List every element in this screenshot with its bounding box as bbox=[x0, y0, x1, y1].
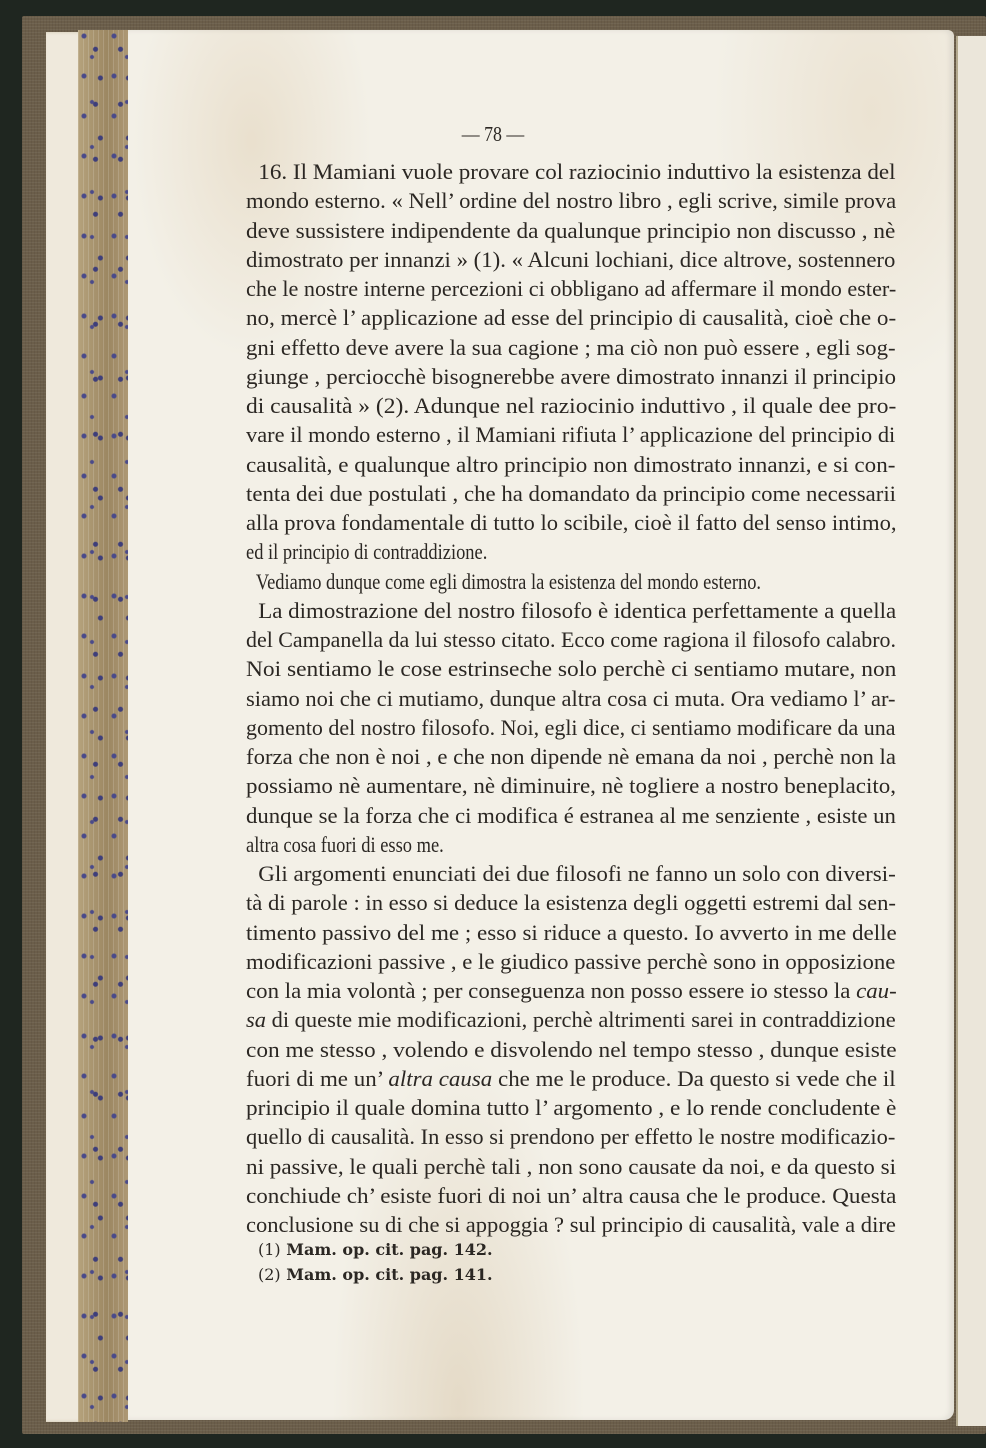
text-line: alla prova fondamentale di tutto lo scib… bbox=[246, 508, 896, 537]
text-line: forza che non è noi , e che non dipende … bbox=[246, 742, 896, 771]
text-line: timento passivo del me ; esso si riduce … bbox=[246, 918, 896, 947]
text-line: vare il mondo esterno , il Mamiani rifiu… bbox=[246, 420, 896, 449]
text-line: Vediamo dunque come egli dimostra la esi… bbox=[246, 567, 771, 596]
text-line: altra cosa fuori di esso me. bbox=[246, 830, 444, 859]
body-text: 16. Il Mamiani vuole provare col razioci… bbox=[246, 157, 896, 1239]
text-line: Gli argomenti enunciati dei due filosofi… bbox=[246, 859, 909, 888]
text-line: con la mia volontà ; per conseguenza non… bbox=[246, 976, 896, 1005]
text-line: no, mercè l’ applicazione ad esse del pr… bbox=[246, 303, 896, 332]
text-line: che le nostre interne percezioni ci obbl… bbox=[246, 274, 896, 303]
italic-text: cau- bbox=[856, 978, 897, 1003]
text-line: causalità, e qualunque altro principio n… bbox=[246, 450, 896, 479]
text-line: ed il principio di contraddizione. bbox=[246, 537, 487, 566]
footnote-2: (2) Mam. op. cit. pag. 141. bbox=[258, 1262, 493, 1287]
text-line: sa di queste mie modificazioni, perchè a… bbox=[246, 1005, 896, 1034]
text-line: siamo noi che ci mutiamo, dunque altra c… bbox=[246, 684, 896, 713]
italic-text: sa bbox=[246, 1007, 266, 1032]
adjacent-page-edge bbox=[956, 36, 986, 1426]
italic-text: altra causa bbox=[388, 1066, 492, 1091]
text-line: modificazioni passive , e le giudico pas… bbox=[246, 947, 896, 976]
text-line: gni effetto deve avere la sua cagione ; … bbox=[246, 333, 896, 362]
text-line: principio il quale domina tutto l’ argom… bbox=[246, 1093, 896, 1122]
text-line: mondo esterno. « Nell’ ordine del nostro… bbox=[246, 186, 896, 215]
text-line: Noi sentiamo le cose estrinseche solo pe… bbox=[246, 654, 896, 683]
text-line: 16. Il Mamiani vuole provare col razioci… bbox=[246, 157, 908, 186]
text-line: conclusione su di che si appoggia ? sul … bbox=[246, 1210, 896, 1239]
text-line: dunque se la forza che ci modifica é est… bbox=[246, 801, 896, 830]
text-line: conchiude ch’ esiste fuori di noi un’ al… bbox=[246, 1181, 896, 1210]
text-line: del Campanella da lui stesso citato. Ecc… bbox=[246, 625, 896, 654]
text-line: fuori di me un’ altra causa che me le pr… bbox=[246, 1064, 896, 1093]
text-line: tà di parole : in esso si deduce la esis… bbox=[246, 888, 896, 917]
text-line: quello di causalità. In esso si prendono… bbox=[246, 1122, 896, 1151]
footnote-text: Mam. op. cit. pag. 141. bbox=[286, 1265, 492, 1284]
footnote-marker: (2) bbox=[258, 1265, 281, 1284]
text-line: giunge , perciocchè bisognerebbe avere d… bbox=[246, 362, 896, 391]
text-line: con me stesso , volendo e disvolendo nel… bbox=[246, 1035, 896, 1064]
footnote-1: (1) Mam. op. cit. pag. 142. bbox=[258, 1237, 493, 1262]
footnotes: (1) Mam. op. cit. pag. 142. (2) Mam. op.… bbox=[258, 1237, 493, 1287]
text-line: di causalità » (2). Adunque nel raziocin… bbox=[246, 391, 896, 420]
text-line: gomento del nostro filosofo. Noi, egli d… bbox=[246, 713, 896, 742]
footnote-marker: (1) bbox=[258, 1240, 281, 1259]
text-line: deve sussistere indipendente da qualunqu… bbox=[246, 216, 896, 245]
text-line: ni passive, le quali perchè tali , non s… bbox=[246, 1152, 896, 1181]
text-line: dimostrato per innanzi » (1). « Alcuni l… bbox=[246, 245, 896, 274]
text-line: possiamo nè aumentare, nè diminuire, nè … bbox=[246, 771, 896, 800]
page-edges bbox=[78, 30, 128, 1422]
text-line: tenta dei due postulati , che ha domanda… bbox=[246, 479, 896, 508]
footnote-text: Mam. op. cit. pag. 142. bbox=[286, 1240, 492, 1259]
text-line: La dimostrazione del nostro filosofo è i… bbox=[246, 596, 908, 625]
page-number: — 78 — bbox=[74, 122, 912, 147]
